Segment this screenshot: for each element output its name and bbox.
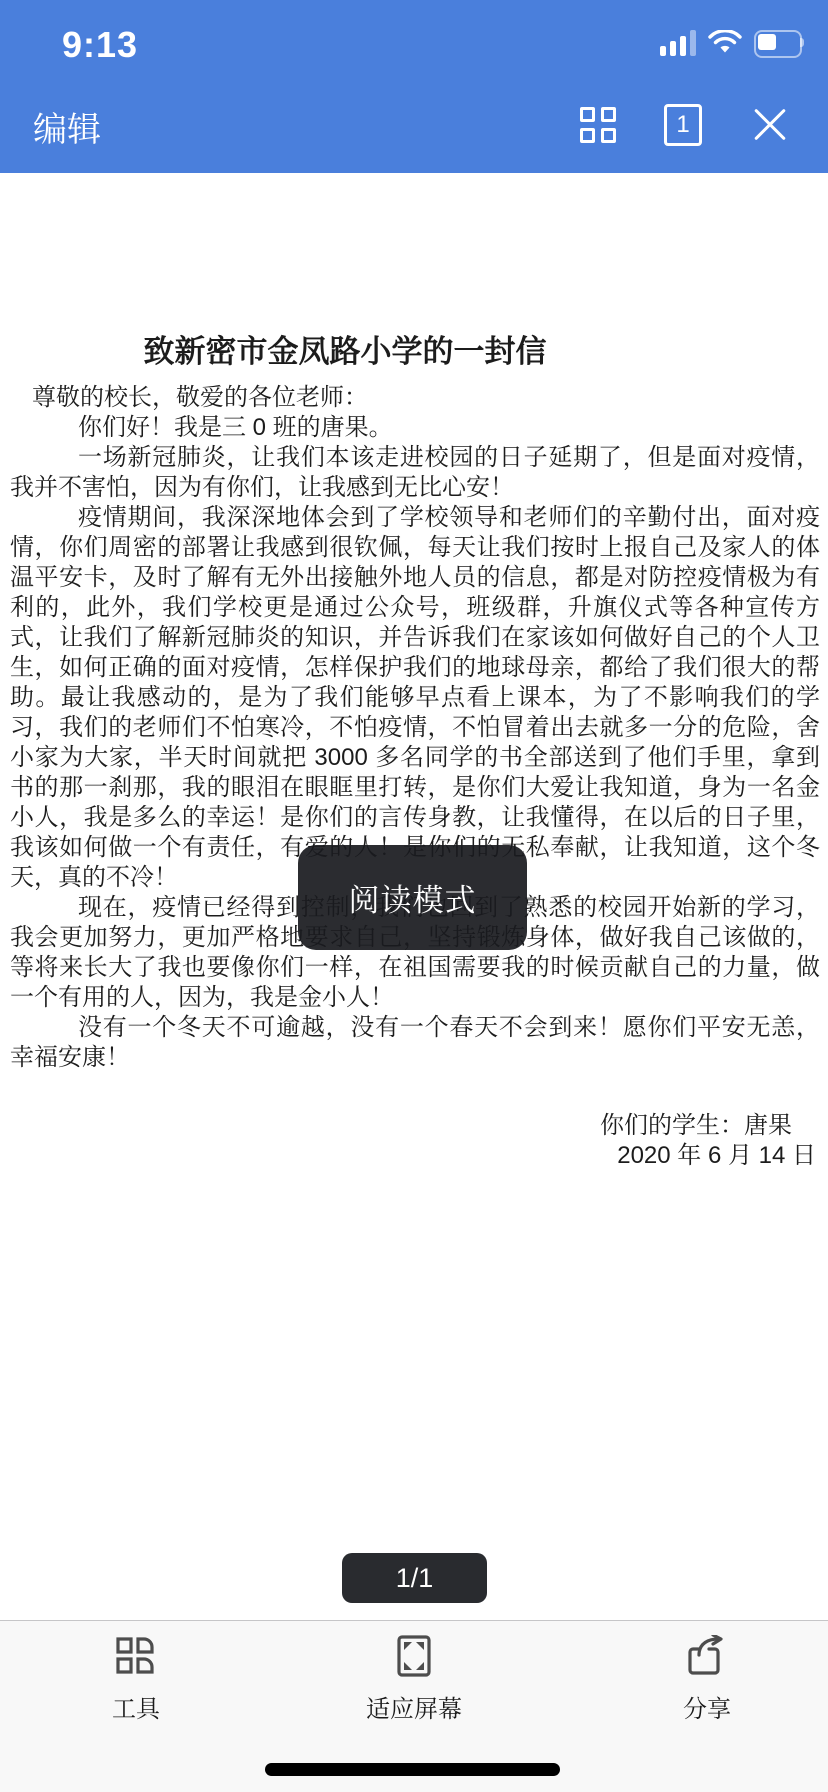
page-number-button[interactable]: 1 [664,104,702,146]
home-indicator[interactable] [265,1763,560,1776]
edit-button[interactable]: 编辑 [33,102,101,151]
share-label: 分享 [683,1689,731,1724]
status-bar: 9:13 [0,0,828,88]
battery-icon [754,30,804,56]
thumbnail-grid-button[interactable] [580,107,616,143]
toast-text: 阅读模式 [349,875,477,920]
fit-screen-icon [397,1635,431,1677]
toolbar: 编辑 1 [0,88,828,173]
wifi-icon [708,30,742,56]
header: 9:13 编辑 1 [0,0,828,173]
paragraph-intro: 你们好！我是三 0 班的唐果。 [0,413,828,443]
share-icon [685,1635,729,1677]
reading-mode-toast: 阅读模式 [298,845,527,950]
page-indicator-badge: 1/1 [342,1553,487,1603]
paragraph-salutation: 尊敬的校长，敬爱的各位老师： [0,383,828,413]
page-indicator-text: 1/1 [396,1563,434,1594]
signature-line: 你们的学生：唐果 [0,1111,828,1141]
close-button[interactable] [750,105,790,145]
app-screen: 9:13 编辑 1 致新密市金凤路小学的一封 [0,0,828,1792]
share-button[interactable]: 分享 [617,1635,797,1724]
paragraph-body-1: 一场新冠肺炎，让我们本该走进校园的日子延期了，但是面对疫情，我并不害怕，因为有你… [0,443,828,503]
document-title: 致新密市金凤路小学的一封信 [0,333,690,371]
status-icons [660,30,804,56]
date-line: 2020 年 6 月 14 日 [0,1141,828,1171]
fit-screen-button[interactable]: 适应屏幕 [324,1635,504,1724]
document-page[interactable]: 致新密市金凤路小学的一封信 尊敬的校长，敬爱的各位老师： 你们好！我是三 0 班… [0,173,828,1171]
tools-label: 工具 [112,1689,160,1724]
status-time: 9:13 [62,24,138,66]
tools-icon [115,1635,157,1677]
paragraph-closing: 没有一个冬天不可逾越，没有一个春天不会到来！愿你们平安无恙，幸福安康！ [0,1013,828,1073]
paragraph-body-2: 疫情期间，我深深地体会到了学校领导和老师们的辛勤付出，面对疫情，你们周密的部署让… [0,503,828,893]
tools-button[interactable]: 工具 [46,1635,226,1724]
fit-screen-label: 适应屏幕 [366,1689,462,1724]
signal-icon [660,30,696,56]
